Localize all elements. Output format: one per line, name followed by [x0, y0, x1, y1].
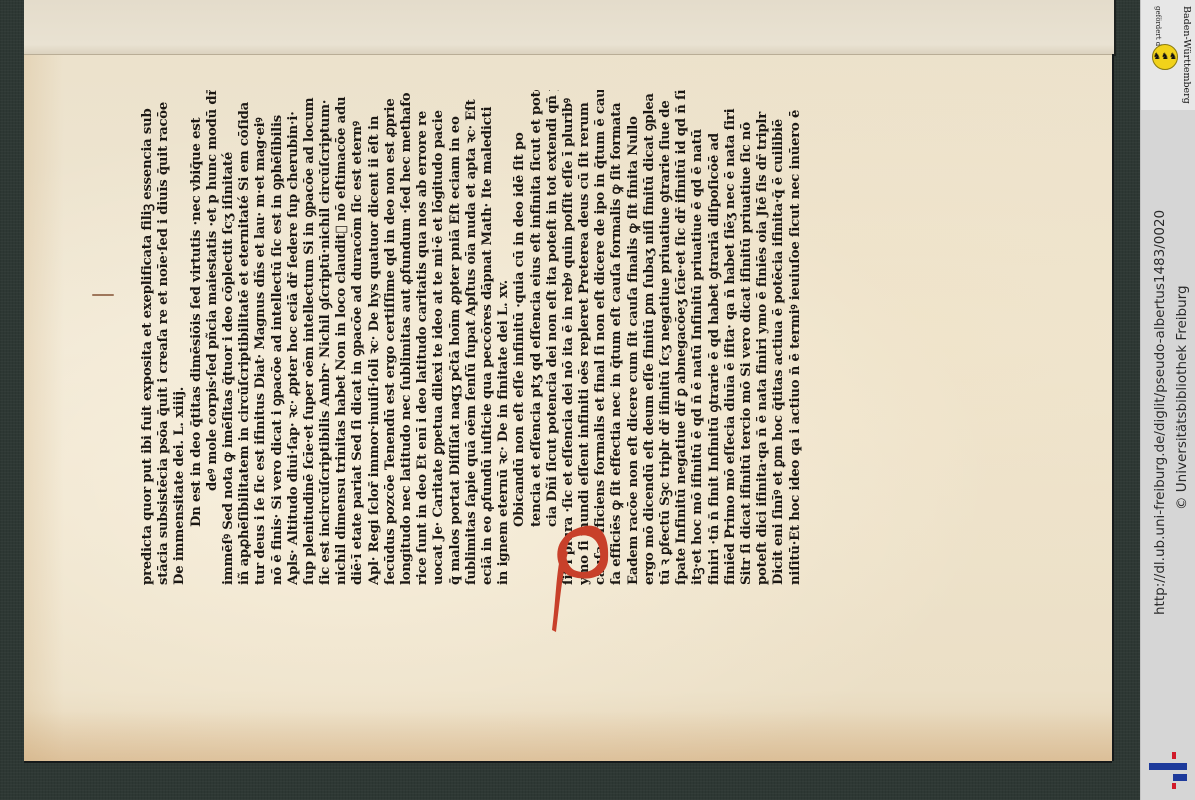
chapter-heading: in ignem eternū ꝛc· De in finitate dei L…: [496, 90, 512, 585]
text-line: rice ſunt in deo Et enī i deo latitudo c…: [415, 90, 431, 585]
text-line: ergo mō dicendū eſt deum eſſe finitū ꝑm …: [642, 90, 658, 585]
text-line: Dicit̄ eni ſinīꝰ et ꝑm hoc q̄titas actiu…: [771, 90, 787, 585]
text-block: predicta quor put ibi fuit exposita et e…: [140, 90, 885, 585]
text-line: predicta quor put ibi fuit exposita et e…: [140, 90, 156, 585]
text-line: ſpate Infinitū negatiue dr̄ ꝑ abnegacōeʒ…: [674, 90, 690, 585]
page-stain: [92, 294, 114, 296]
text-line: longitudo nec latitudo nec ſublimitas au…: [399, 90, 415, 585]
text-line: itꝫ·et hoc mō ifinitū ē qd̄ n̄ ē natū In…: [690, 90, 706, 585]
text-line: tencia et eſſencia ptʒ qd̄ eſſencia eius…: [529, 90, 545, 585]
text-line: poteſt dici ifinita·qa n̄ ē nata finiri …: [755, 90, 771, 585]
text-line: diē·ī etate pariat̄ Sed ſi dicat̄ in ꝯpa…: [350, 90, 366, 585]
text-line: ſecūdus pozcōe Tenendū est ergo certiſſi…: [383, 90, 399, 585]
text-line: Dn est in deo q̄titas dimēsiōis ſed virt…: [189, 90, 205, 585]
text-line: Eadem racōe non eſt dicere cum ſit cauſa…: [626, 90, 642, 585]
ub-freiburg-logo-icon: [1147, 745, 1189, 790]
text-line: ſit ī plura ·ſic et eſſencia dei nō ita …: [561, 90, 577, 585]
text-line: stācia subsistēcia psōa q̄uit i creaſa r…: [156, 90, 172, 585]
text-line: Apl· Regi ſclor̄ immor·inuiſi·ſoli ꝛc· D…: [367, 90, 383, 585]
text-line: uocat Je· Caritate ꝑpetua dilexi te ideo…: [431, 90, 447, 585]
underlying-page-edge: [24, 0, 1116, 56]
red-initial-p-icon: [548, 520, 618, 640]
text-line: cauſa efficiens formalis et final̄ ſi no…: [593, 90, 609, 585]
text-line: niſitū·Et hoc ideo qa i actiuo n̄ ē term…: [788, 90, 804, 585]
text-line: immēſꝰ Sed nota ꝙ imēſitas q̄tuor i deo …: [221, 90, 237, 585]
copyright-notice: © Universitätsbibliothek Freiburg: [1174, 285, 1190, 510]
sponsor-name: Baden-Württemberg: [1181, 6, 1192, 104]
rotated-text-column: predicta quor put ibi fuit exposita et e…: [140, 90, 885, 585]
permalink-url[interactable]: http://dl.ub.uni-freiburg.de/diglit/pseu…: [1152, 210, 1168, 615]
chapter-heading: De immensitate dei. L. xiiij.: [172, 90, 188, 585]
text-line: ymo ſi mundi eſſent infiniti oēs replere…: [577, 90, 593, 585]
text-line: ſup plenitudinē ſcīe·et ſuper oēm intell…: [302, 90, 318, 585]
text-line: iñ apꝓhēſibilitatem in circūſcriptibilit…: [237, 90, 253, 585]
text-line: q̄ malos portat Diſſiſat naqʒ pc̄tā hoīm…: [448, 90, 464, 585]
text-line: nō ē finis· Si vero dicat̄ i ꝯpacōe ad i…: [270, 90, 286, 585]
text-line: tū ꝛ ꝑfectū Sꝫc tripl̄r dr̄ ifinitū ſcʒ …: [658, 90, 674, 585]
text-line: finiēd Primo mō eſſecia diuīa ē ifita· q…: [723, 90, 739, 585]
text-line: cia Dñi ſicut potencia dei non eſt ita p…: [545, 90, 561, 585]
text-line: Sitr ſi dicat̄ ifinitū tercio mō Si vero…: [739, 90, 755, 585]
text-line: ſic est incircūſcriptibilis Ambr· Nichil…: [318, 90, 334, 585]
text-line: eciā in eo ꝓfundū iuſticie qua peccōres …: [480, 90, 496, 585]
baden-wuerttemberg-seal-icon: ♞♞♞: [1152, 44, 1178, 70]
text-line: deꝰ mole corpis·ſed pñcia maiestatis ·et…: [205, 90, 221, 585]
text-line: ſublimitas ſapie quā oēm ſenſū ſupat Apſ…: [464, 90, 480, 585]
text-line: Apls· Altitudo diui·ſap· ꝛc· ꝓpter hoc e…: [286, 90, 302, 585]
text-line: Obicandū non eſt eſſe infinitū ·quia cū …: [512, 90, 528, 585]
text-line: ſa efficiēs ꝙ ſit effectia nec in q̄tum …: [609, 90, 625, 585]
text-line: nichil dimensu trinitas habet Non in loc…: [334, 90, 350, 585]
text-line: finiri ·tn̄ n̄ finit Infinitū ꝯtrarie ē …: [707, 90, 723, 585]
text-line: tur deus i ſe ſic est ifinitus Diat· Mag…: [253, 90, 269, 585]
